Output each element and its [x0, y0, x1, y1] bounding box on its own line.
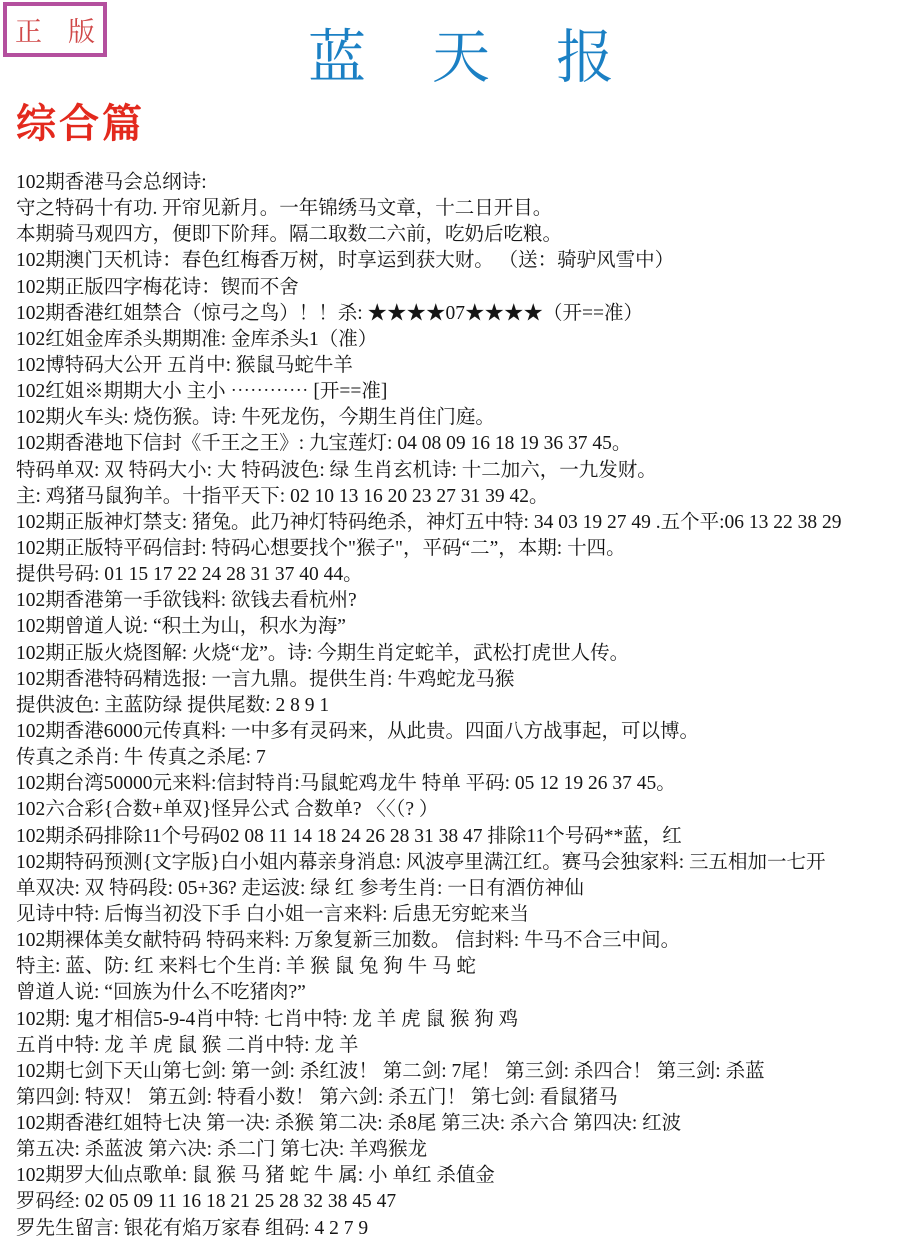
- report-line: 102六合彩{合数+单双}怪异公式 合数单? 〈〈（? ）: [16, 797, 900, 823]
- report-line: 102红姐※期期大小 主小 ⋯⋯⋯⋯ [开==准]: [16, 379, 900, 405]
- report-line: 第五决: 杀蓝波 第六决: 杀二门 第七决: 羊鸡猴龙: [16, 1137, 900, 1163]
- report-line: 主: 鸡猪马鼠狗羊。十指平天下: 02 10 13 16 20 23 27 31…: [16, 484, 900, 510]
- authenticity-stamp-label: 正版: [0, 10, 121, 49]
- section-heading: 综合篇: [16, 92, 145, 149]
- report-line: 传真之杀肖: 牛 传真之杀尾: 7: [16, 745, 900, 771]
- report-line: 102期香港马会总纲诗:: [16, 170, 900, 196]
- report-line: 102期香港6000元传真料: 一中多有灵码来，从此贵。四面八方战事起，可以博。: [16, 719, 900, 745]
- report-body: 102期香港马会总纲诗: 守之特码十有功. 开帘见新月。一年锦绣马文章，十二日开…: [16, 170, 900, 1242]
- report-line: 102期香港红姐特七决 第一决: 杀猴 第二决: 杀8尾 第三决: 杀六合 第四…: [16, 1111, 900, 1137]
- report-line: 102红姐金库杀头期期准: 金库杀头1（准）: [16, 327, 900, 353]
- report-line: 102期澳门天机诗：春色红梅香万树，时享运到获大财。 （送：骑驴风雪中）: [16, 248, 900, 274]
- report-line: 102期正版神灯禁支: 猪兔。此乃神灯特码绝杀，神灯五中特: 34 03 19 …: [16, 510, 900, 536]
- report-line: 曾道人说: “回族为什么不吃猪肉?”: [16, 980, 900, 1006]
- report-line: 102期正版四字梅花诗：锲而不舍: [16, 275, 900, 301]
- report-line: 102期台湾50000元来料:信封特肖:马鼠蛇鸡龙牛 特单 平码: 05 12 …: [16, 771, 900, 797]
- report-line: 102期香港地下信封《千王之王》: 九宝莲灯: 04 08 09 16 18 1…: [16, 431, 900, 457]
- report-line: 102期火车头: 烧伤猴。诗: 牛死龙伤，今期生肖住门庭。: [16, 405, 900, 431]
- report-line: 102期杀码排除11个号码02 08 11 14 18 24 26 28 31 …: [16, 824, 900, 850]
- report-line: 提供波色: 主蓝防绿 提供尾数: 2 8 9 1: [16, 693, 900, 719]
- report-line: 102期: 鬼才相信5-9-4肖中特: 七肖中特: 龙 羊 虎 鼠 猴 狗 鸡: [16, 1007, 900, 1033]
- report-line: 本期骑马观四方，便即下阶拜。隔二取数二六前，吃奶后吃粮。: [16, 222, 900, 248]
- report-page: 正版 蓝天报 综合篇 102期香港马会总纲诗: 守之特码十有功. 开帘见新月。一…: [0, 0, 900, 1243]
- report-line: 提供号码: 01 15 17 22 24 28 31 37 40 44。: [16, 562, 900, 588]
- report-line: 特码单双: 双 特码大小: 大 特码波色: 绿 生肖玄机诗: 十二加六，一九发财…: [16, 458, 900, 484]
- report-line: 守之特码十有功. 开帘见新月。一年锦绣马文章，十二日开目。: [16, 196, 900, 222]
- report-line: 102期曾道人说: “积土为山，积水为海”: [16, 614, 900, 640]
- report-line: 102期特码预测{文字版}白小姐内幕亲身消息: 风波亭里满江红。赛马会独家料: …: [16, 850, 900, 876]
- report-line: 102期香港红姐禁合（惊弓之鸟）！！杀: ★★★★07★★★★（开==准）: [16, 301, 900, 327]
- report-line: 102期裸体美女献特码 特码来料: 万象复新三加数。 信封料: 牛马不合三中间。: [16, 928, 900, 954]
- report-line: 102期七剑下天山第七剑: 第一剑: 杀红波！ 第二剑: 7尾！ 第三剑: 杀四…: [16, 1059, 900, 1085]
- report-line: 102期罗大仙点歌单: 鼠 猴 马 猪 蛇 牛 属: 小 单红 杀值金: [16, 1163, 900, 1189]
- report-line: 见诗中特: 后悔当初没下手 白小姐一言来料: 后患无穷蛇来当: [16, 902, 900, 928]
- report-line: 罗先生留言: 银花有焰万家春 组码: 4 2 7 9: [16, 1216, 900, 1242]
- page-title: 蓝天报: [308, 10, 680, 94]
- authenticity-stamp: 正版: [3, 2, 107, 57]
- report-line: 特主: 蓝、防: 红 来料七个生肖: 羊 猴 鼠 兔 狗 牛 马 蛇: [16, 954, 900, 980]
- report-line: 102期正版特平码信封: 特码心想要找个"猴子"，平码“二”，本期: 十四。: [16, 536, 900, 562]
- report-line: 罗码经: 02 05 09 11 16 18 21 25 28 32 38 45…: [16, 1189, 900, 1215]
- report-line: 第四剑: 特双！ 第五剑: 特看小数！ 第六剑: 杀五门！ 第七剑: 看鼠猪马: [16, 1085, 900, 1111]
- report-line: 102期香港第一手欲钱料: 欲钱去看杭州?: [16, 588, 900, 614]
- report-line: 102期香港特码精选报: 一言九鼎。提供生肖: 牛鸡蛇龙马猴: [16, 667, 900, 693]
- report-line: 五肖中特: 龙 羊 虎 鼠 猴 二肖中特: 龙 羊: [16, 1033, 900, 1059]
- report-line: 102博特码大公开 五肖中: 猴鼠马蛇牛羊: [16, 353, 900, 379]
- report-line: 单双决: 双 特码段: 05+36? 走运波: 绿 红 参考生肖: 一日有酒仿神…: [16, 876, 900, 902]
- report-line: 102期正版火烧图解: 火烧“龙”。诗: 今期生肖定蛇羊，武松打虎世人传。: [16, 641, 900, 667]
